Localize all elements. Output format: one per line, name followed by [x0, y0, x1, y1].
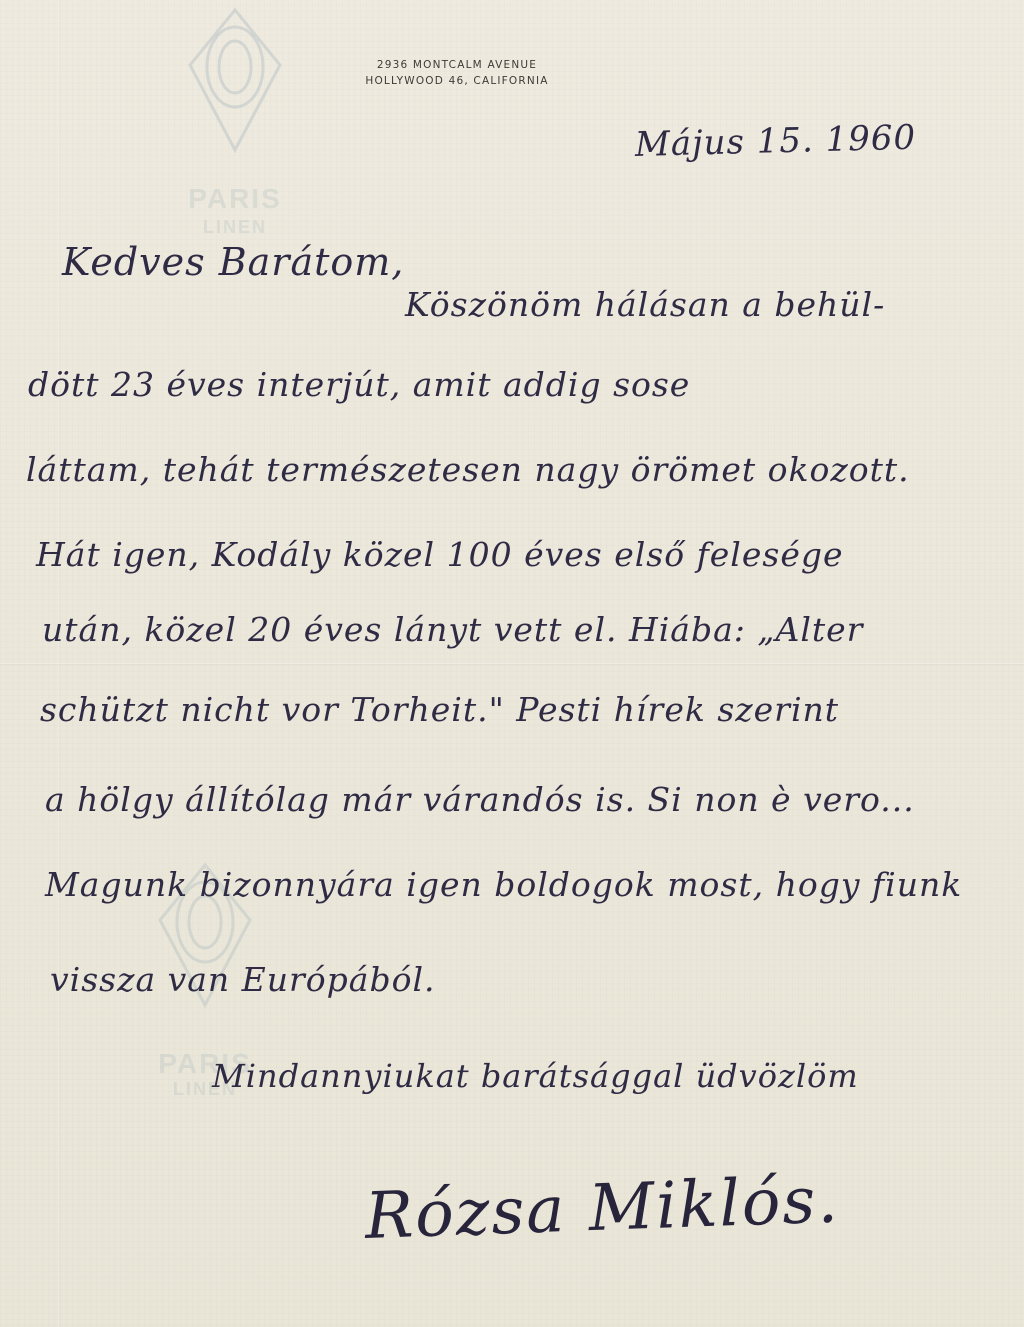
letter-line: schützt nicht vor Torheit." Pesti hírek …: [40, 690, 839, 729]
letter-line: Magunk bizonnyára igen boldogok most, ho…: [45, 865, 962, 904]
letter-salutation: Kedves Barátom,: [62, 240, 404, 284]
letter-line: láttam, tehát természetesen nagy örömet …: [26, 450, 910, 489]
letter-line: Hát igen, Kodály közel 100 éves első fel…: [36, 535, 844, 574]
letter-signature: Rózsa Miklós.: [364, 1163, 841, 1254]
letter-line: a hölgy állítólag már várandós is. Si no…: [45, 780, 915, 819]
letter-line: vissza van Európából.: [50, 960, 436, 999]
letter-line: Köszönöm hálásan a behül-: [405, 285, 885, 324]
letterhead-city: HOLLYWOOD 46, CALIFORNIA: [0, 73, 914, 89]
letter-paper: PARIS LINEN PARIS LINEN 2936 MONTCALM AV…: [0, 0, 1024, 1327]
watermark-text: LINEN: [180, 218, 290, 236]
fold-crease: [58, 0, 60, 1327]
watermark-text: PARIS: [180, 185, 290, 213]
letter-closing: Mindannyiukat barátsággal üdvözlöm: [212, 1057, 859, 1095]
fold-crease: [0, 663, 1024, 665]
letter-date: Május 15. 1960: [634, 118, 916, 165]
letter-line: dött 23 éves interjút, amit addig sose: [28, 365, 690, 404]
letterhead-address: 2936 MONTCALM AVENUE HOLLYWOOD 46, CALIF…: [0, 57, 914, 89]
letter-line: után, közel 20 éves lányt vett el. Hiába…: [42, 610, 863, 649]
letterhead-street: 2936 MONTCALM AVENUE: [0, 57, 914, 73]
